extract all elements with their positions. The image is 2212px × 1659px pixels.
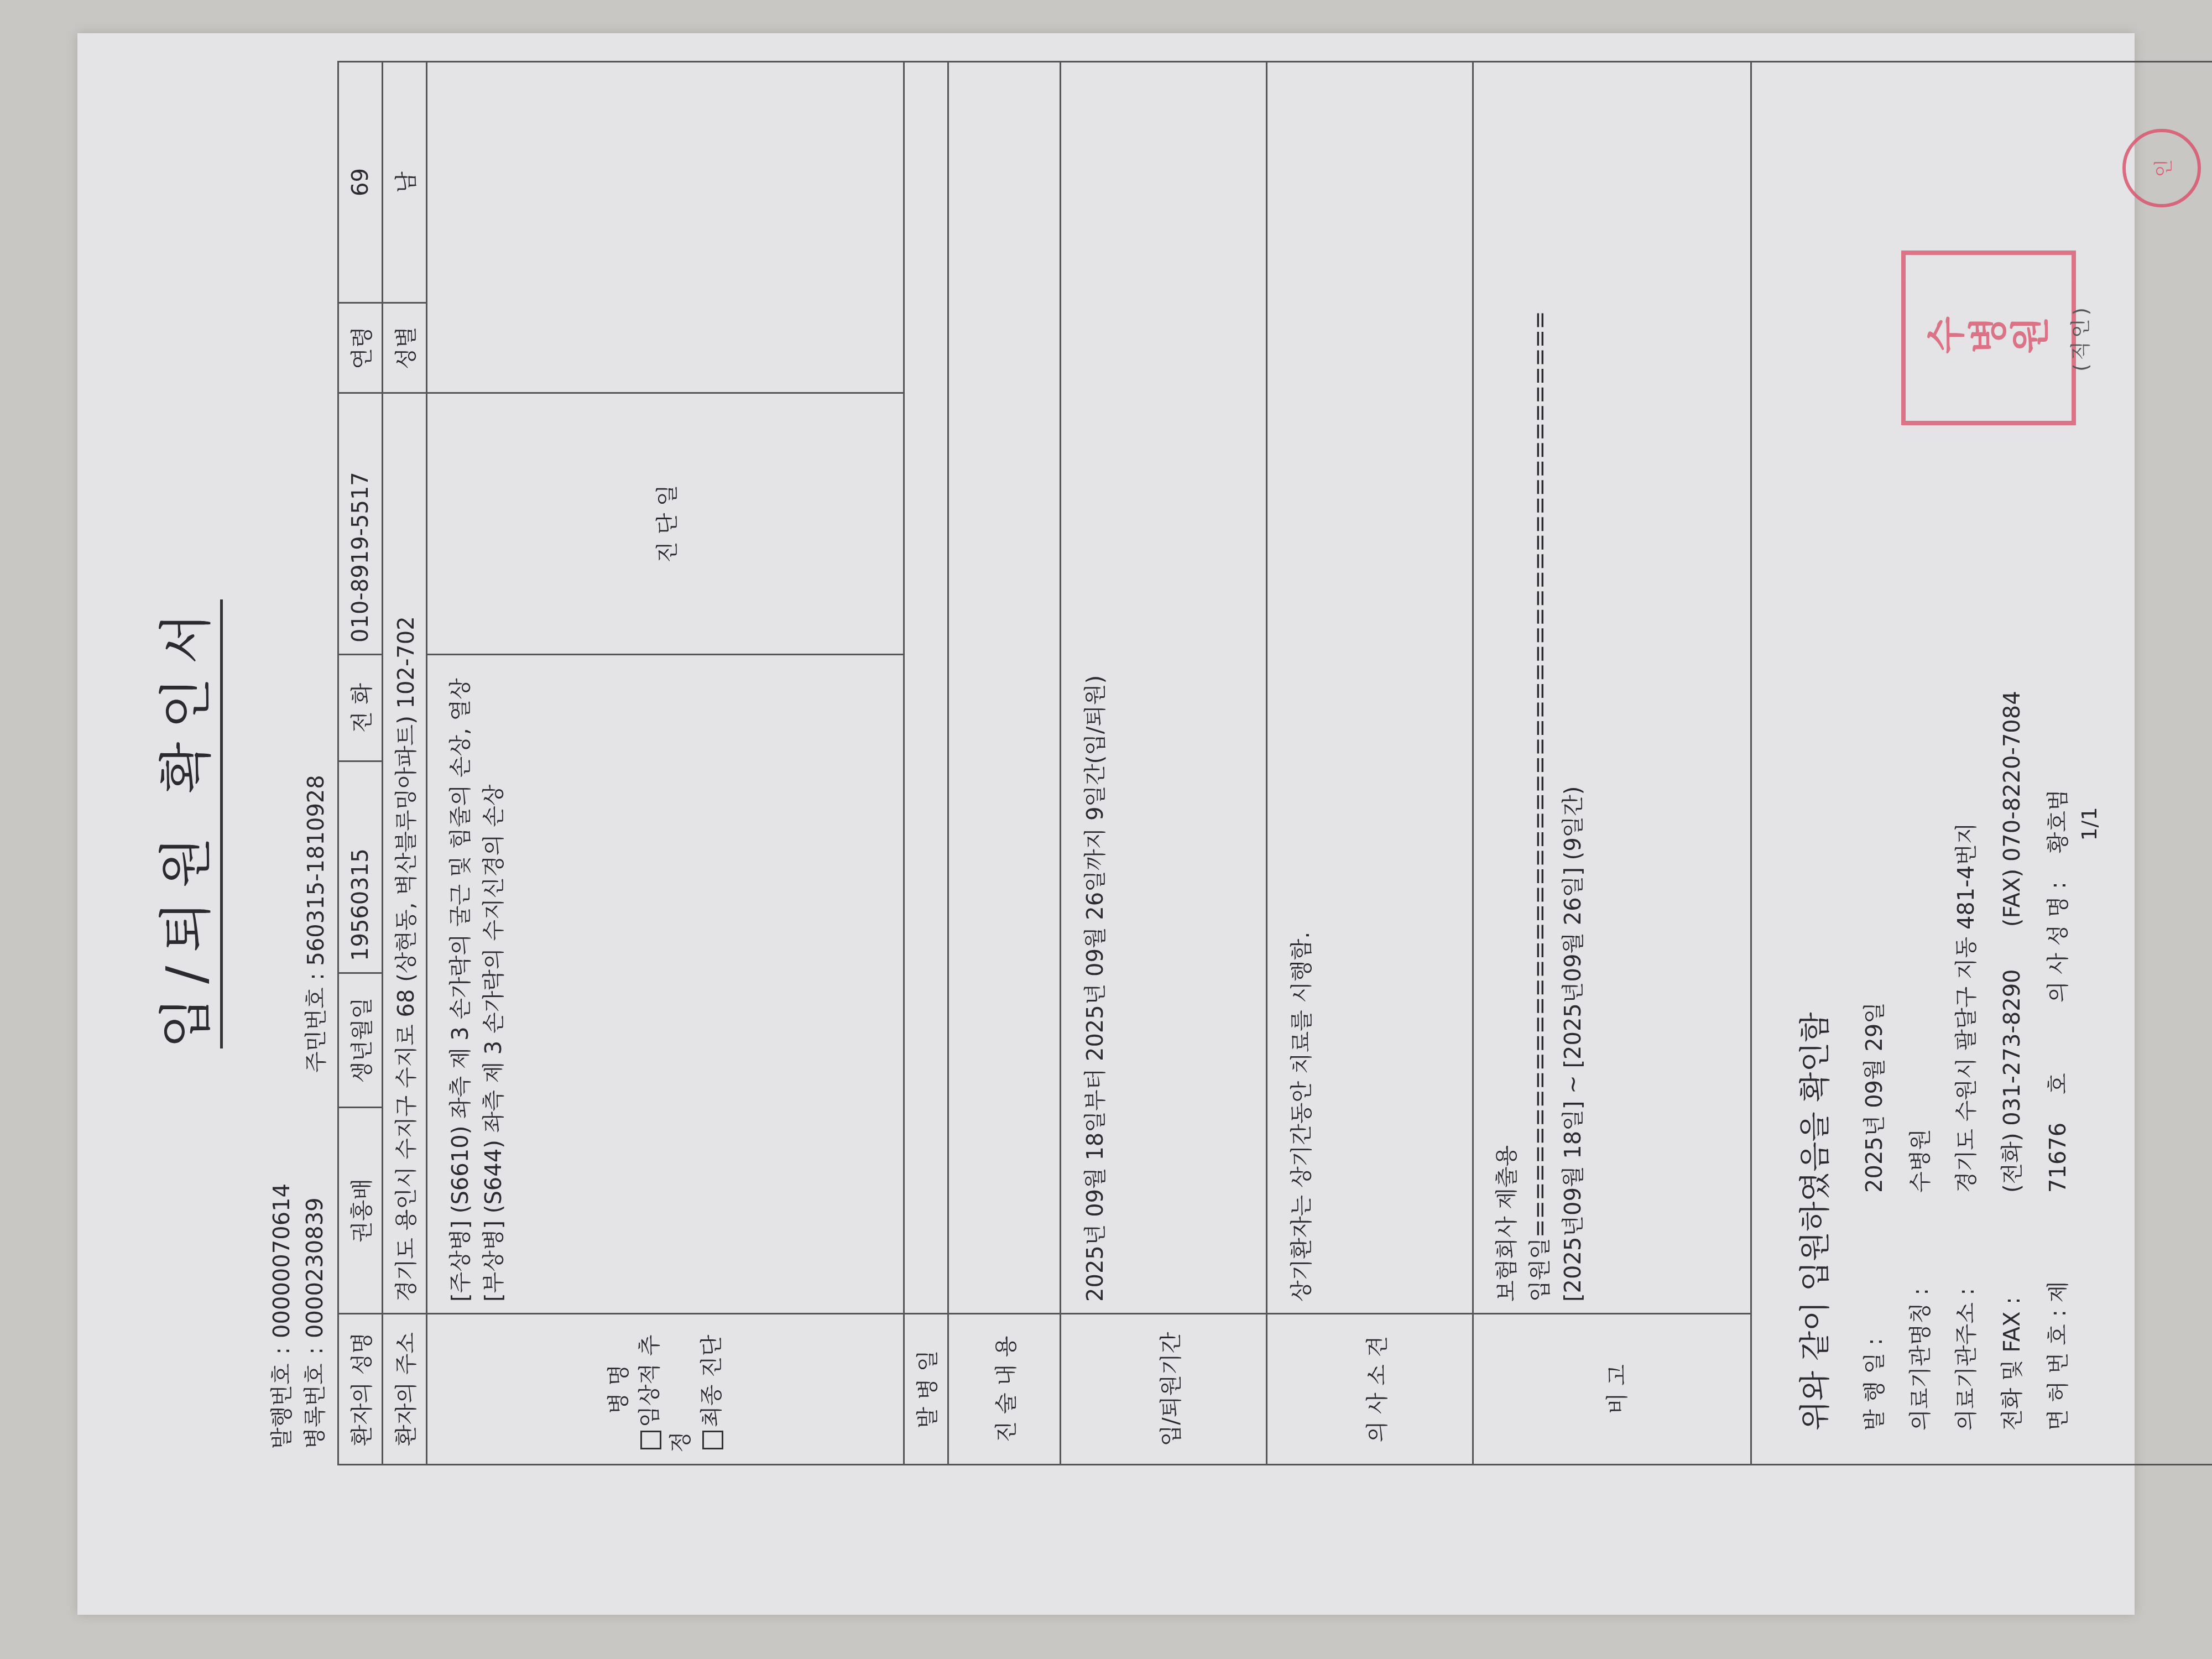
clinical-checkbox[interactable] bbox=[640, 1431, 661, 1449]
period-label: 입/퇴원기간 bbox=[1061, 1314, 1267, 1465]
institution-fax: (FAX) 070-8220-7084 bbox=[2000, 691, 2025, 927]
hospital-seal-stamp: 수병원(직인) bbox=[1901, 251, 2076, 425]
age-label: 연령 bbox=[338, 303, 383, 393]
onset-label: 발 병 일 bbox=[904, 1314, 948, 1465]
diagnosis-date-label: 진 단 일 bbox=[427, 393, 904, 655]
sex-value: 남 bbox=[383, 62, 427, 303]
page-number: 1/1 bbox=[2077, 33, 2101, 1615]
admission-form-table: 환자의 성명 권홍배 생년월일 19560315 전 화 010-8919-55… bbox=[337, 61, 2212, 1465]
remarks-value: 보험회사 제출용 입원일============================… bbox=[1473, 62, 1751, 1314]
period-value: 2025년 09월 18일부터 2025년 09월 26일까지 9일간(입/퇴원… bbox=[1061, 62, 1267, 1314]
diagnosis-content: [주상병] (S6610) 좌측 제 3 손가락의 굴근 및 힘줄의 손상, 열… bbox=[427, 655, 904, 1314]
onset-value bbox=[904, 62, 948, 1314]
resident-number: 주민번호 : 560315-1810928 bbox=[299, 775, 330, 1073]
license-number: 71676 bbox=[2046, 1123, 2071, 1193]
doctor-seal-stamp: 인 bbox=[2122, 129, 2201, 207]
main-diagnosis: [주상병] (S6610) 좌측 제 3 손가락의 굴근 및 힘줄의 손상, 열… bbox=[444, 666, 477, 1302]
doctor-name: 황호범 bbox=[2046, 789, 2071, 853]
opinion-value: 상기환자는 상기간동안 치료를 시행함. bbox=[1267, 62, 1473, 1314]
treatment-value bbox=[948, 62, 1061, 1314]
sex-label: 성별 bbox=[383, 303, 427, 393]
patient-name: 권홍배 bbox=[338, 1108, 383, 1314]
patient-name-label: 환자의 성명 bbox=[338, 1314, 383, 1465]
confirmation-statement: 위와 같이 입원하였음을 확인함 bbox=[1791, 85, 1835, 1431]
phone-value: 010-8919-5517 bbox=[338, 393, 383, 655]
treatment-label: 진 술 내 용 bbox=[948, 1314, 1061, 1465]
remarks-label: 비 고 bbox=[1473, 1314, 1751, 1465]
document-title: 입/퇴원 확인서 bbox=[144, 33, 220, 1615]
registration-number: 0000230839 bbox=[299, 1197, 332, 1338]
birth-label: 생년월일 bbox=[338, 973, 383, 1108]
address-label: 환자의 주소 bbox=[383, 1314, 427, 1465]
document-page: 입/퇴원 확인서 발행번호:00000070614 병록번호:000023083… bbox=[77, 33, 2135, 1615]
diagnosis-label-cell: 병 명 임상적 추정 최종 진단 bbox=[427, 1314, 904, 1465]
sub-diagnosis: [부상병] (S644) 좌측 제 3 손가락의 수지신경의 손상 bbox=[477, 666, 510, 1302]
document-meta: 발행번호:00000070614 병록번호:0000230839 bbox=[265, 1183, 332, 1449]
address-value: 경기도 용인시 수지구 수지로 68 (상현동, 벽산블루밍아파트) 102-7… bbox=[383, 393, 427, 1314]
diagnosis-date-value bbox=[427, 62, 904, 393]
issue-date: 2025년 09월 29일 bbox=[1857, 85, 1888, 1193]
phone-label: 전 화 bbox=[338, 655, 383, 761]
opinion-label: 의 사 소 견 bbox=[1267, 1314, 1473, 1465]
confirmation-block: 위와 같이 입원하였음을 확인함 발 행 일 :2025년 09월 29일 의료… bbox=[1751, 62, 2212, 1465]
birth-value: 19560315 bbox=[338, 761, 383, 973]
issue-number: 00000070614 bbox=[265, 1183, 299, 1338]
final-checkbox[interactable] bbox=[702, 1431, 723, 1449]
age-value: 69 bbox=[338, 62, 383, 303]
